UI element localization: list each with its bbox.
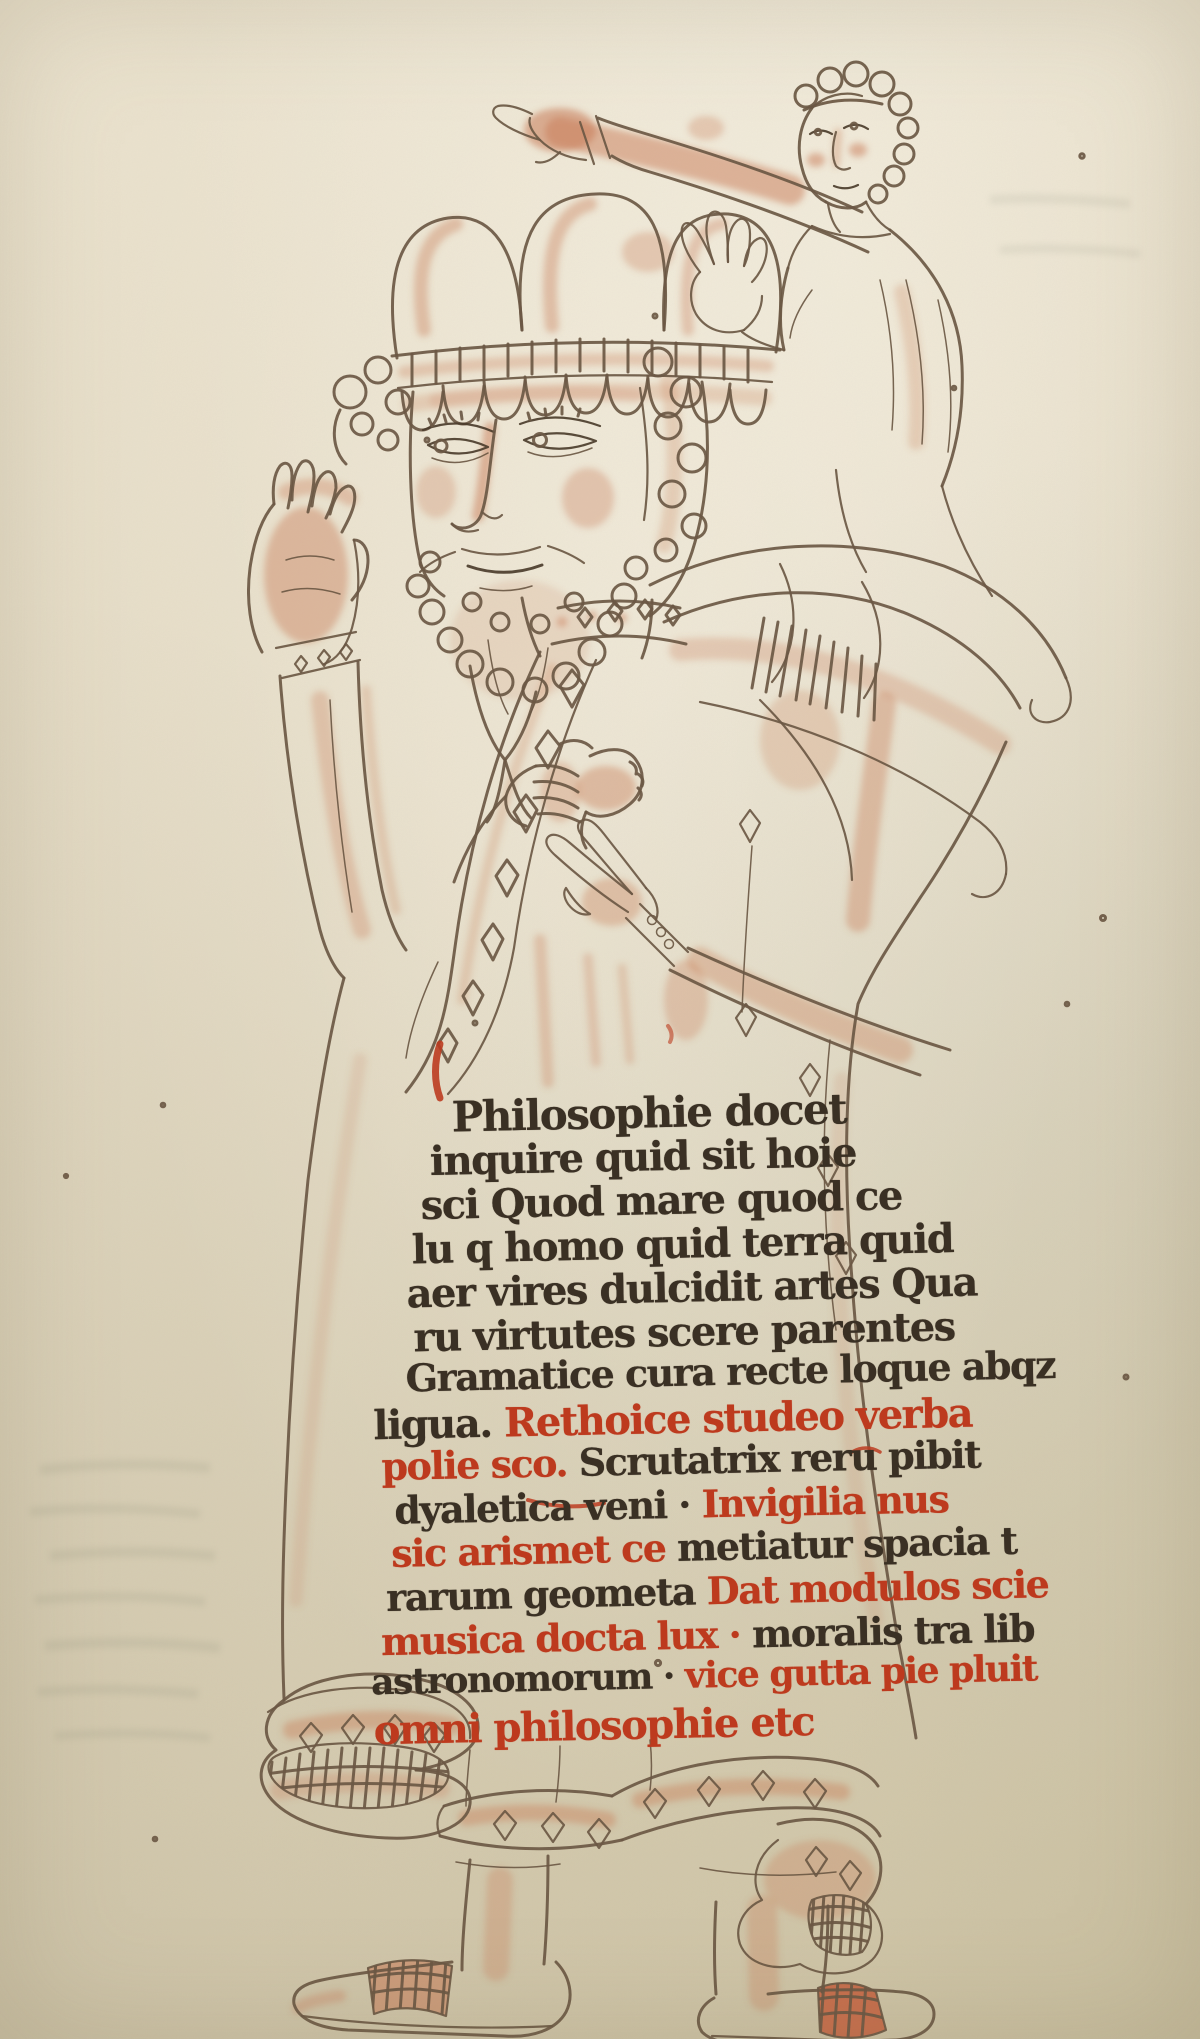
manuscript-page: Philosophie docet inquire quid sit hoie … xyxy=(0,0,1200,2039)
paper-grain xyxy=(0,0,1200,2039)
manuscript-drawing xyxy=(0,0,1200,2039)
